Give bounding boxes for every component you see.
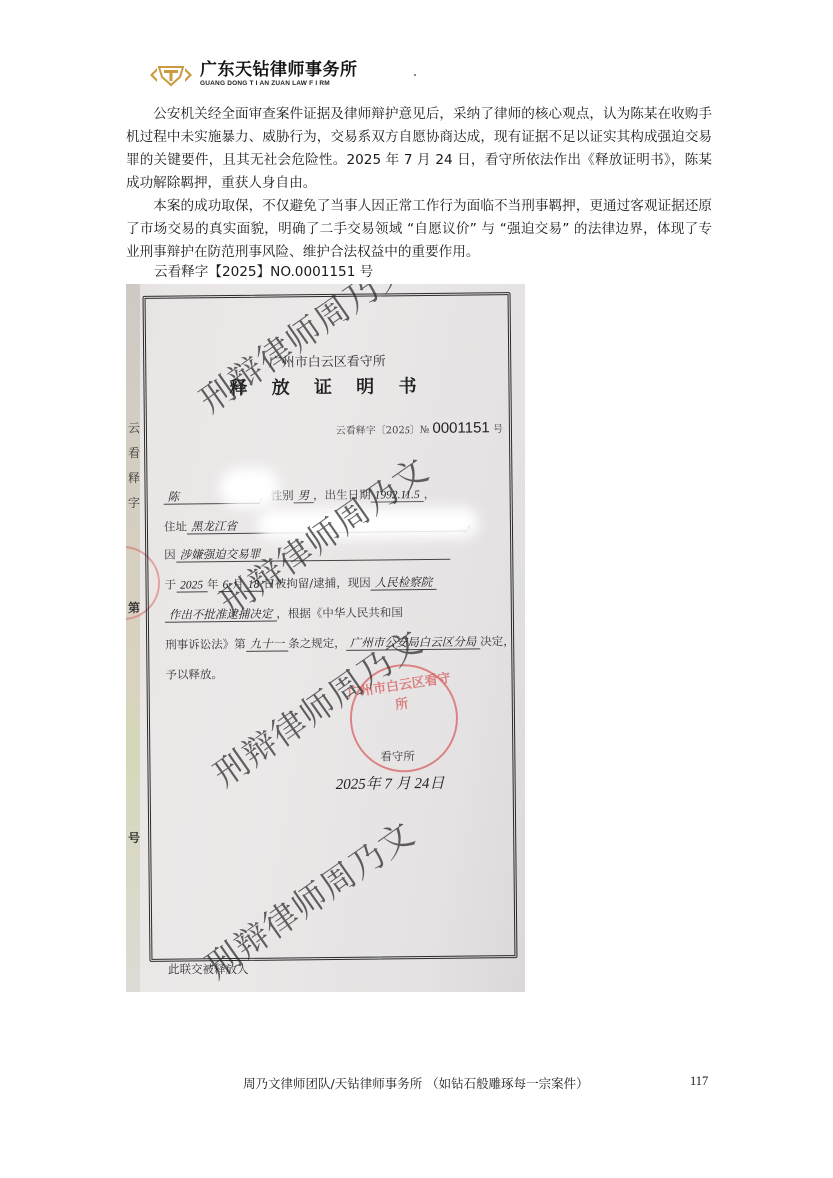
line-law: 刑事诉讼法》第九十一条之规定，广州市公安局白云区分局决定， bbox=[165, 633, 501, 653]
copy-note: 此联交被释放人 bbox=[168, 961, 249, 977]
line-detention: 于2025年6月18日被拘留/逮捕，现因人民检察院 bbox=[164, 573, 500, 593]
certificate-frame: 广州市白云区看守所 释 放 证 明 书 云看释字〔2025〕№ 0001151 … bbox=[143, 292, 518, 962]
paragraph-significance: 本案的成功取保，不仅避免了当事人因正常工作行为面临不当刑事羁押，更通过客观证据还… bbox=[126, 195, 712, 264]
reference-number: 云看释字【2025】NO.0001151 号 bbox=[154, 262, 373, 282]
side-char: 看 bbox=[128, 444, 140, 461]
document-number-value: 0001151 bbox=[432, 419, 489, 437]
release-certificate-photo: 云 看 释 字 第 号 广州市白云区看守所 释 放 证 明 书 云看释字〔202… bbox=[126, 284, 525, 992]
side-char: 号 bbox=[128, 829, 140, 846]
paragraph-outcome: 公安机关经全面审查案件证据及律师辩护意见后，采纳了律师的核心观点，认为陈某在收购… bbox=[126, 103, 712, 195]
document-number: 云看释字〔2025〕№ 0001151 号 bbox=[336, 419, 503, 438]
paragraph-text: 公安机关经全面审查案件证据及律师辩护意见后，采纳了律师的核心观点，认为陈某在收购… bbox=[126, 103, 712, 195]
side-char: 释 bbox=[128, 469, 140, 486]
line-decision: 作出不批准逮捕决定，根据《中华人民共和国 bbox=[165, 603, 501, 623]
certificate-title: 释 放 证 明 书 bbox=[146, 371, 508, 401]
diamond-t-logo-icon bbox=[148, 63, 194, 87]
line-reason: 因涉嫌强迫交易罪 bbox=[164, 543, 500, 563]
page-header: 广东天钻律师事务所 GUANG DONG T I AN ZUAN LAW F I… bbox=[148, 62, 358, 88]
side-char: 云 bbox=[128, 419, 140, 436]
signature-label: 看守所 bbox=[380, 748, 415, 764]
issuing-organization: 广州市白云区看守所 bbox=[146, 349, 508, 372]
header-dot bbox=[414, 74, 416, 76]
line-name: 陈，性别男，出生日期1992.11.5， bbox=[164, 485, 500, 505]
redaction-blur bbox=[258, 507, 478, 539]
release-date: 2025年 7 月 24日 bbox=[336, 772, 445, 794]
side-char: 字 bbox=[128, 494, 140, 511]
photo-edge-strip bbox=[126, 284, 140, 992]
page-number: 117 bbox=[690, 1074, 708, 1089]
redaction-blur bbox=[219, 468, 279, 509]
footer-team-text: 周乃文律师团队/天钻律师事务所 （如钻石般雕琢每一宗案件） bbox=[243, 1074, 589, 1092]
line-release: 予以释放。 bbox=[165, 663, 501, 683]
firm-name-en: GUANG DONG T I AN ZUAN LAW F I RM bbox=[200, 81, 358, 88]
paragraph-text: 本案的成功取保，不仅避免了当事人因正常工作行为面临不当刑事羁押，更通过客观证据还… bbox=[126, 195, 712, 264]
firm-name-cn: 广东天钻律师事务所 bbox=[200, 62, 358, 79]
